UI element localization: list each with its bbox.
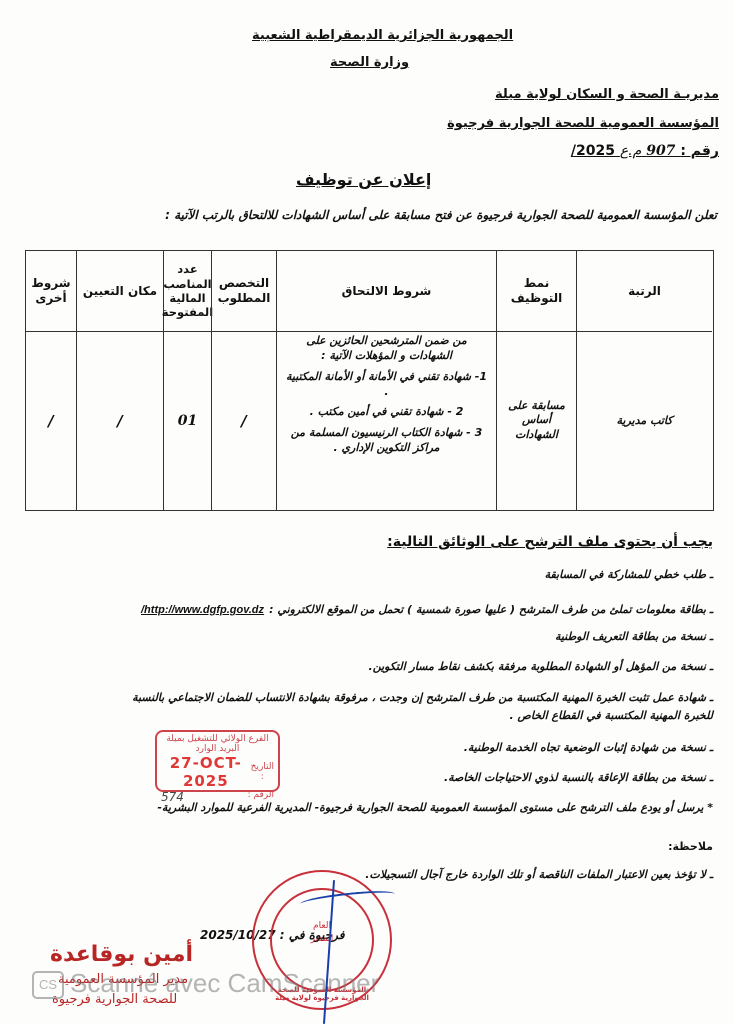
col-positions: عدد المناصب المالية المفتوحة 01 xyxy=(163,251,211,510)
col-conditions: شروط الالتحاق من ضمن المترشحين الحائزين … xyxy=(276,251,496,510)
header-positions: عدد المناصب المالية المفتوحة xyxy=(164,251,211,332)
recruitment-table: شروط أخرى / مكان التعيين / عدد المناصب ا… xyxy=(25,250,714,511)
dgfp-website-link[interactable]: /http://www.dgfp.gov.dz xyxy=(141,604,264,616)
document-item-5-continued: للخبرة المهنية المكتسبة في القطاع الخاص … xyxy=(510,709,713,722)
cell-positions: 01 xyxy=(164,331,211,510)
stamp-center-role: المدير xyxy=(284,933,360,946)
ref-suffix: م.ع xyxy=(620,143,641,159)
col-rank: الرتبة كاتب مديرية xyxy=(576,251,712,510)
header-specialty: التخصص المطلوب xyxy=(212,251,276,332)
announcement-intro: تعلن المؤسسة العمومية للصحة الجوارية فرج… xyxy=(165,208,717,222)
document-item-7: ـ نسخة من بطاقة الإعاقة بالنسبة لذوي الا… xyxy=(444,771,713,784)
reference-number: رقم : 907 م.ع 2025/ xyxy=(571,143,719,159)
ref-label: رقم : xyxy=(680,143,719,159)
directorate-title: مديريـة الصحة و السكان لولاية ميلة xyxy=(495,87,719,102)
document-item-1: ـ طلب خطي للمشاركة في المسابقة xyxy=(545,568,713,581)
stamp-center: العام المدير xyxy=(284,920,360,945)
documents-title: يجب أن يحتوى ملف الترشح على الوثائق التا… xyxy=(387,534,713,550)
col-other-conditions: شروط أخرى / xyxy=(26,251,76,510)
stamp-number: 574 xyxy=(161,790,184,804)
document-item-6: ـ نسخة من شهادة إثبات الوضعية تجاه الخدم… xyxy=(464,741,713,754)
institution-title: المؤسسة العمومية للصحة الجوارية فرجيوة xyxy=(447,116,719,131)
document-item-4: ـ نسخة من المؤهل أو الشهادة المطلوبة مرف… xyxy=(369,660,713,673)
document-item-5: ـ شهادة عمل تثبت الخبرة المهنية المكتسبة… xyxy=(132,691,713,704)
stamp-number-label: الرقم : xyxy=(248,790,274,804)
stamp-line-2: البريد الوارد xyxy=(157,744,278,754)
header-conditions: شروط الالتحاق xyxy=(277,251,496,332)
note-text: ـ لا تؤخذ بعين الاعتبار الملفات الناقصة … xyxy=(365,868,713,881)
cell-location: / xyxy=(77,331,163,510)
header-location: مكان التعيين xyxy=(77,251,163,332)
announcement-title: إعلان عن توظيف xyxy=(296,170,431,189)
cell-specialty: / xyxy=(212,331,276,510)
camscanner-watermark: CSScanné avec CamScanner xyxy=(32,968,379,999)
ref-year: 2025/ xyxy=(571,143,615,159)
cell-rank: كاتب مديرية xyxy=(577,331,712,510)
note-title: ملاحظة: xyxy=(668,840,713,853)
stamp-date: 27-OCT-2025 xyxy=(161,754,251,790)
stamp-date-label: التاريخ : xyxy=(251,762,274,782)
watermark-text: Scanné avec CamScanner xyxy=(70,968,379,998)
stamp-line-1: الفرع الولائي للتشغيل بميلة xyxy=(157,734,278,744)
condition-intro: من ضمن المترشحين الحائزين على الشهادات و… xyxy=(277,334,496,364)
ministry-title: وزارة الصحة xyxy=(330,55,409,70)
received-stamp: الفرع الولائي للتشغيل بميلة البريد الوار… xyxy=(155,730,280,792)
signatory-name: أمين بوقاعدة xyxy=(50,942,193,967)
col-mode: نمط التوظيف مسابقة على أساس الشهادات xyxy=(496,251,576,510)
document-item-2-text: ـ بطاقة معلومات تملئ من طرف المترشح ( عل… xyxy=(269,603,713,616)
header-mode: نمط التوظيف xyxy=(497,251,576,332)
condition-item-3: 3 - شهادة الكتاب الرنيسيون المسلمة من مر… xyxy=(277,426,496,456)
condition-item-2: 2 - شهادة تقني في أمين مكتب . xyxy=(304,405,470,420)
republic-title: الجمهورية الجزائرية الديمقراطية الشعبية xyxy=(252,28,513,43)
header-rank: الرتبة xyxy=(577,251,712,332)
cell-conditions: من ضمن المترشحين الحائزين على الشهادات و… xyxy=(277,331,496,510)
col-location: مكان التعيين / xyxy=(76,251,163,510)
document-item-2: ـ بطاقة معلومات تملئ من طرف المترشح ( عل… xyxy=(141,598,713,617)
cell-mode: مسابقة على أساس الشهادات xyxy=(497,331,576,510)
condition-item-1: 1- شهادة تقني في الأمانة أو الأمانة المك… xyxy=(277,370,496,400)
camscanner-logo-icon: CS xyxy=(32,971,64,999)
cell-other-conditions: / xyxy=(26,331,76,510)
ref-number: 907 xyxy=(646,143,675,159)
document-item-3: ـ نسخة من بطاقة التعريف الوطنية xyxy=(555,630,713,643)
stamp-center-title: العام xyxy=(284,920,360,933)
header-other-conditions: شروط أخرى xyxy=(26,251,76,332)
col-specialty: التخصص المطلوب / xyxy=(211,251,276,510)
